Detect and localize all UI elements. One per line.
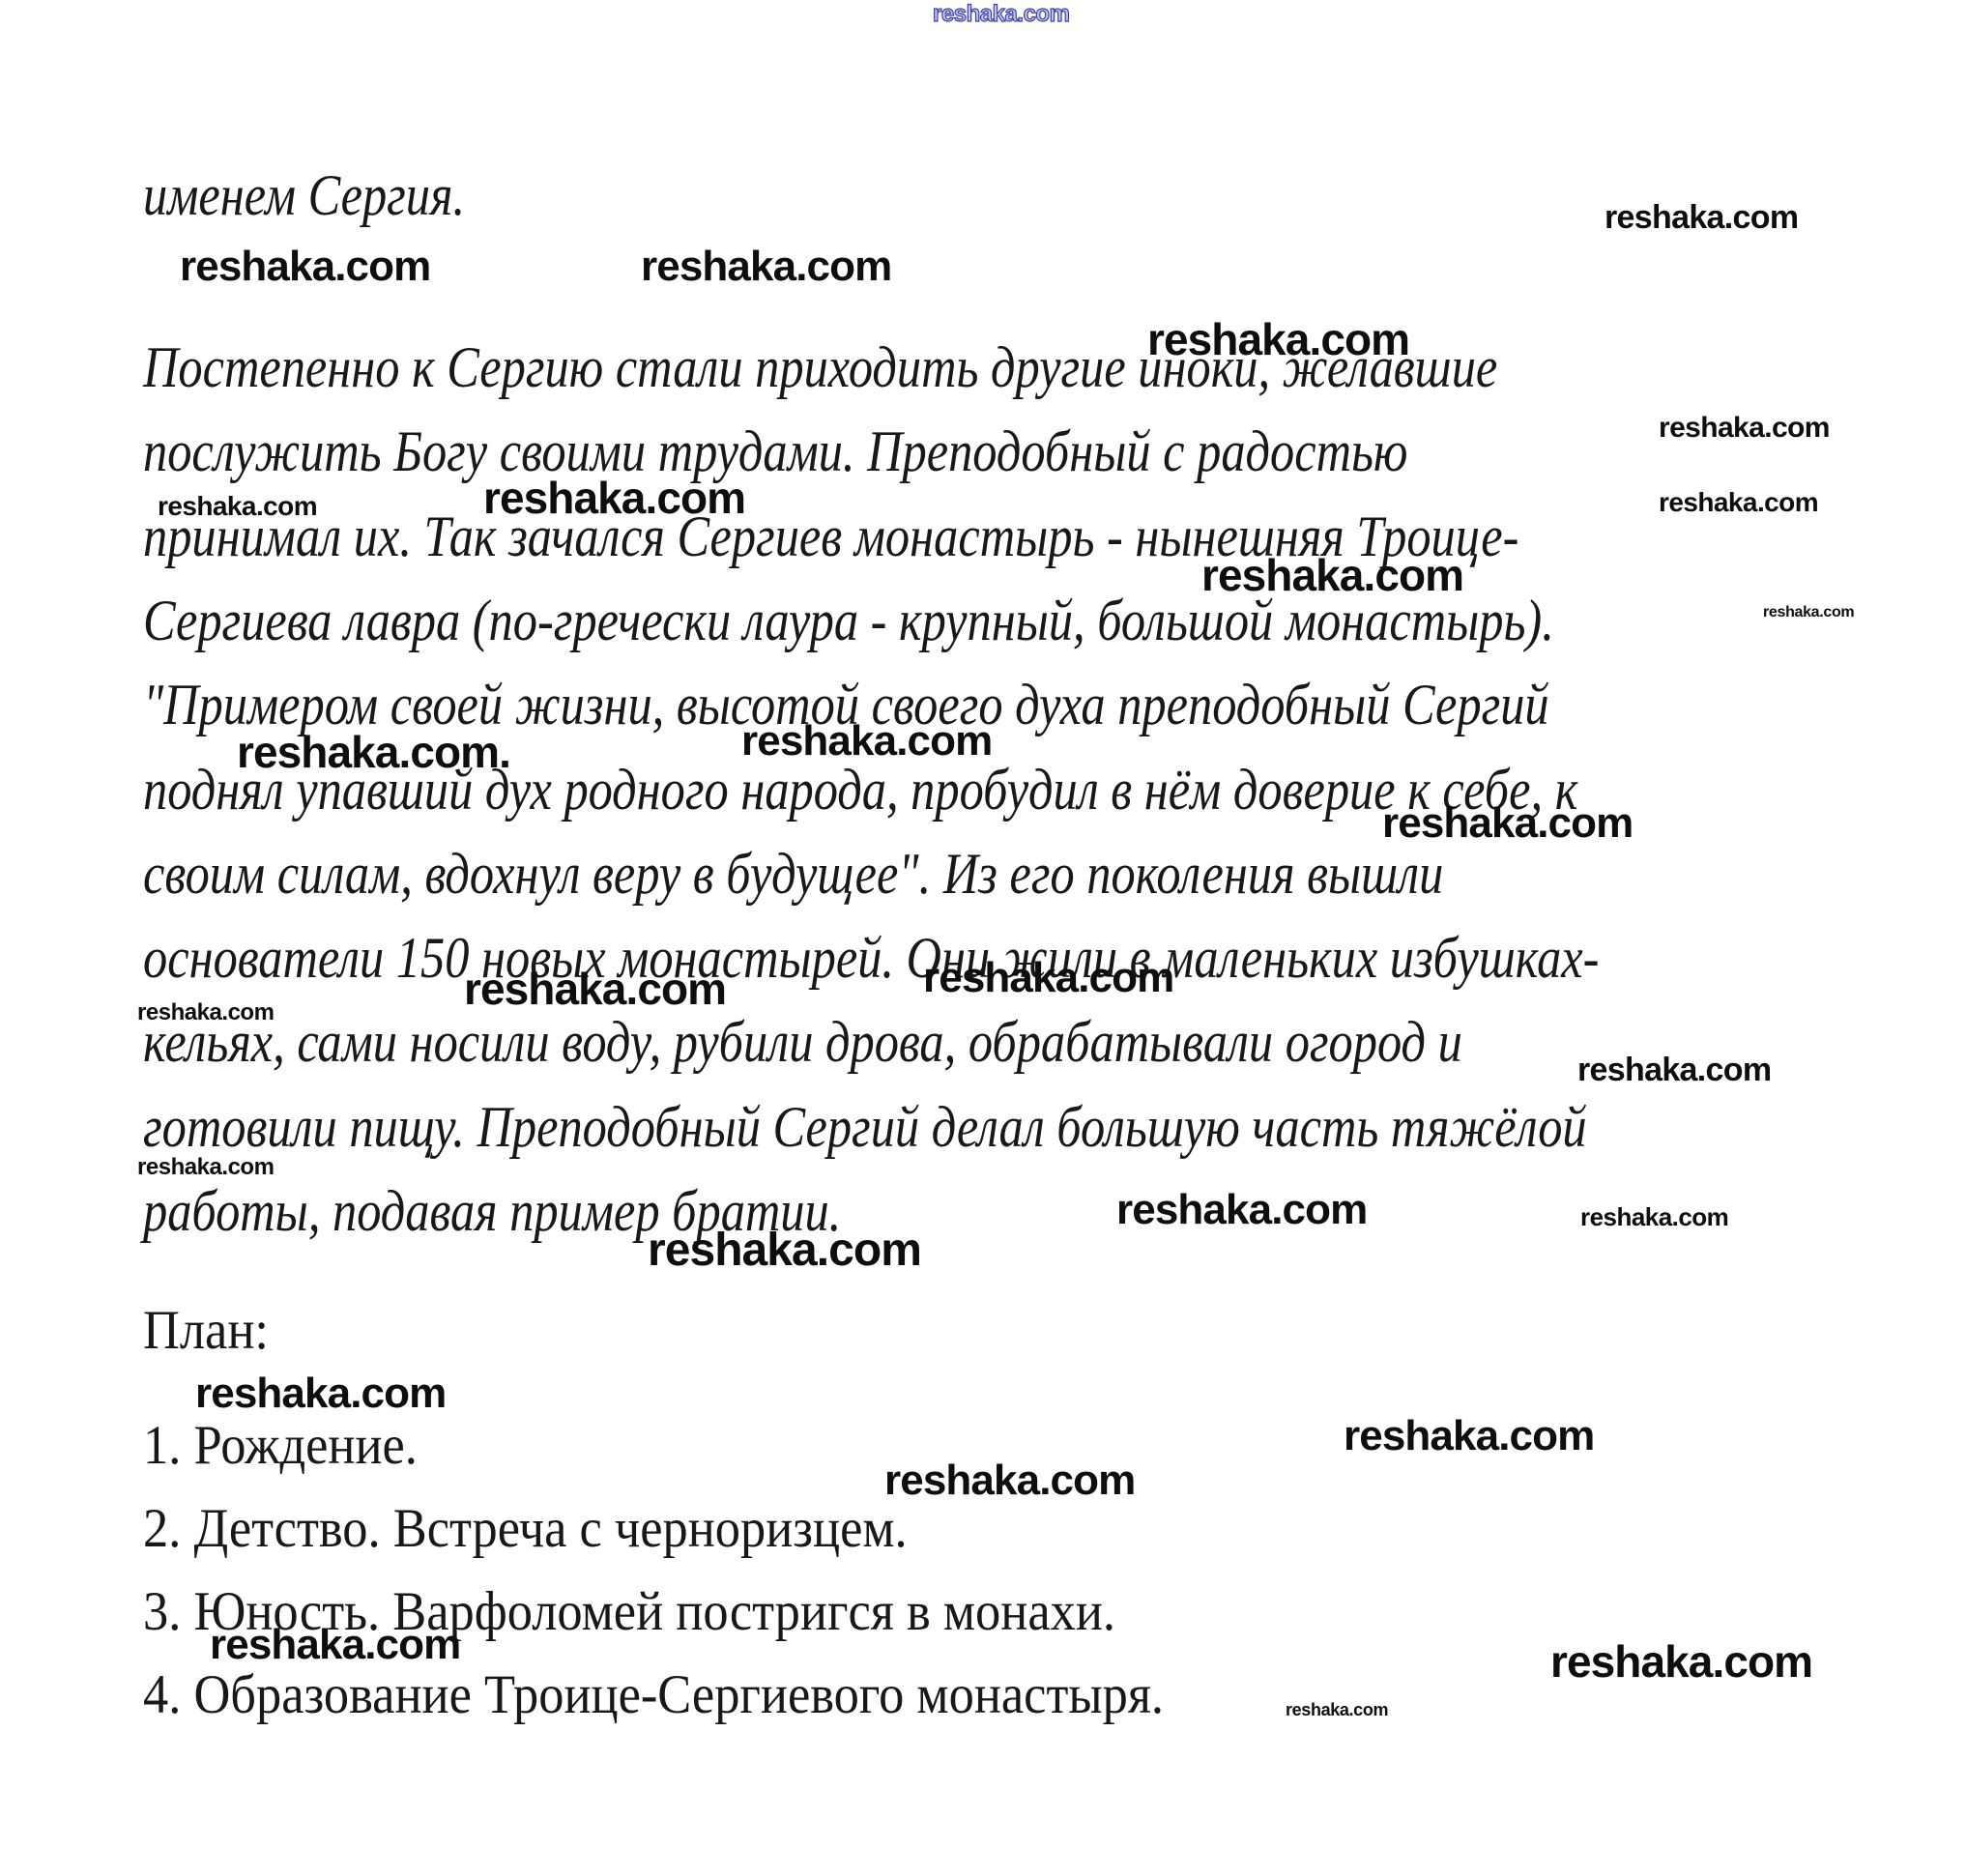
watermark: reshaka.com xyxy=(210,1624,460,1666)
plan-item: 2. Детство. Встреча с черноризцем. xyxy=(143,1501,908,1556)
watermark: reshaka.com xyxy=(1382,802,1633,845)
watermark: reshaka.com xyxy=(483,476,745,520)
watermark: reshaka.com xyxy=(158,493,317,520)
paragraph-line: основатели 150 новых монастырей. Они жил… xyxy=(143,929,1599,987)
watermark: reshaka.com xyxy=(180,245,430,288)
watermark: reshaka.com xyxy=(464,967,726,1011)
paragraph-line: готовили пищу. Преподобный Сергий делал … xyxy=(143,1098,1587,1156)
watermark: reshaka.com xyxy=(923,957,1173,999)
watermark: reshaka.com xyxy=(1605,201,1798,234)
watermark: reshaka.com xyxy=(1116,1189,1367,1231)
watermark: reshaka.com xyxy=(884,1459,1135,1502)
watermark: reshaka.com xyxy=(1763,605,1854,621)
watermark-blue: reshaka.com xyxy=(933,3,1069,26)
paragraph-line: своим силам, вдохнул веру в будущее". Из… xyxy=(143,845,1443,903)
watermark: reshaka.com xyxy=(1577,1053,1771,1086)
watermark: reshaka.com xyxy=(1147,317,1409,361)
plan-item: 4. Образование Троице-Сергиевого монасты… xyxy=(143,1667,1164,1722)
watermark: reshaka.com xyxy=(1201,553,1463,597)
paragraph-line: кельях, сами носили воду, рубили дрова, … xyxy=(143,1013,1462,1071)
watermark: reshaka.com xyxy=(641,245,891,288)
watermark: reshaka.com xyxy=(195,1372,446,1415)
watermark: reshaka.com xyxy=(1580,1204,1728,1229)
page: именем Сергия. Постепенно к Сергию стали… xyxy=(0,0,1966,1876)
watermark: reshaka.com xyxy=(741,720,992,763)
watermark: reshaka.com xyxy=(648,1227,921,1274)
paragraph-line: послужить Богу своими трудами. Преподобн… xyxy=(143,422,1407,480)
watermark: reshaka.com xyxy=(1659,489,1818,516)
watermark: reshaka.com. xyxy=(237,730,510,774)
watermark: reshaka.com xyxy=(1550,1639,1812,1684)
watermark: reshaka.com xyxy=(137,1156,274,1179)
watermark: reshaka.com xyxy=(1659,414,1830,443)
plan-heading: План: xyxy=(143,1303,269,1358)
watermark: reshaka.com xyxy=(137,1001,274,1025)
intro-line: именем Сергия. xyxy=(143,166,465,224)
watermark: reshaka.com xyxy=(1286,1701,1388,1718)
plan-item: 1. Рождение. xyxy=(143,1418,418,1473)
watermark: reshaka.com xyxy=(1344,1415,1594,1458)
